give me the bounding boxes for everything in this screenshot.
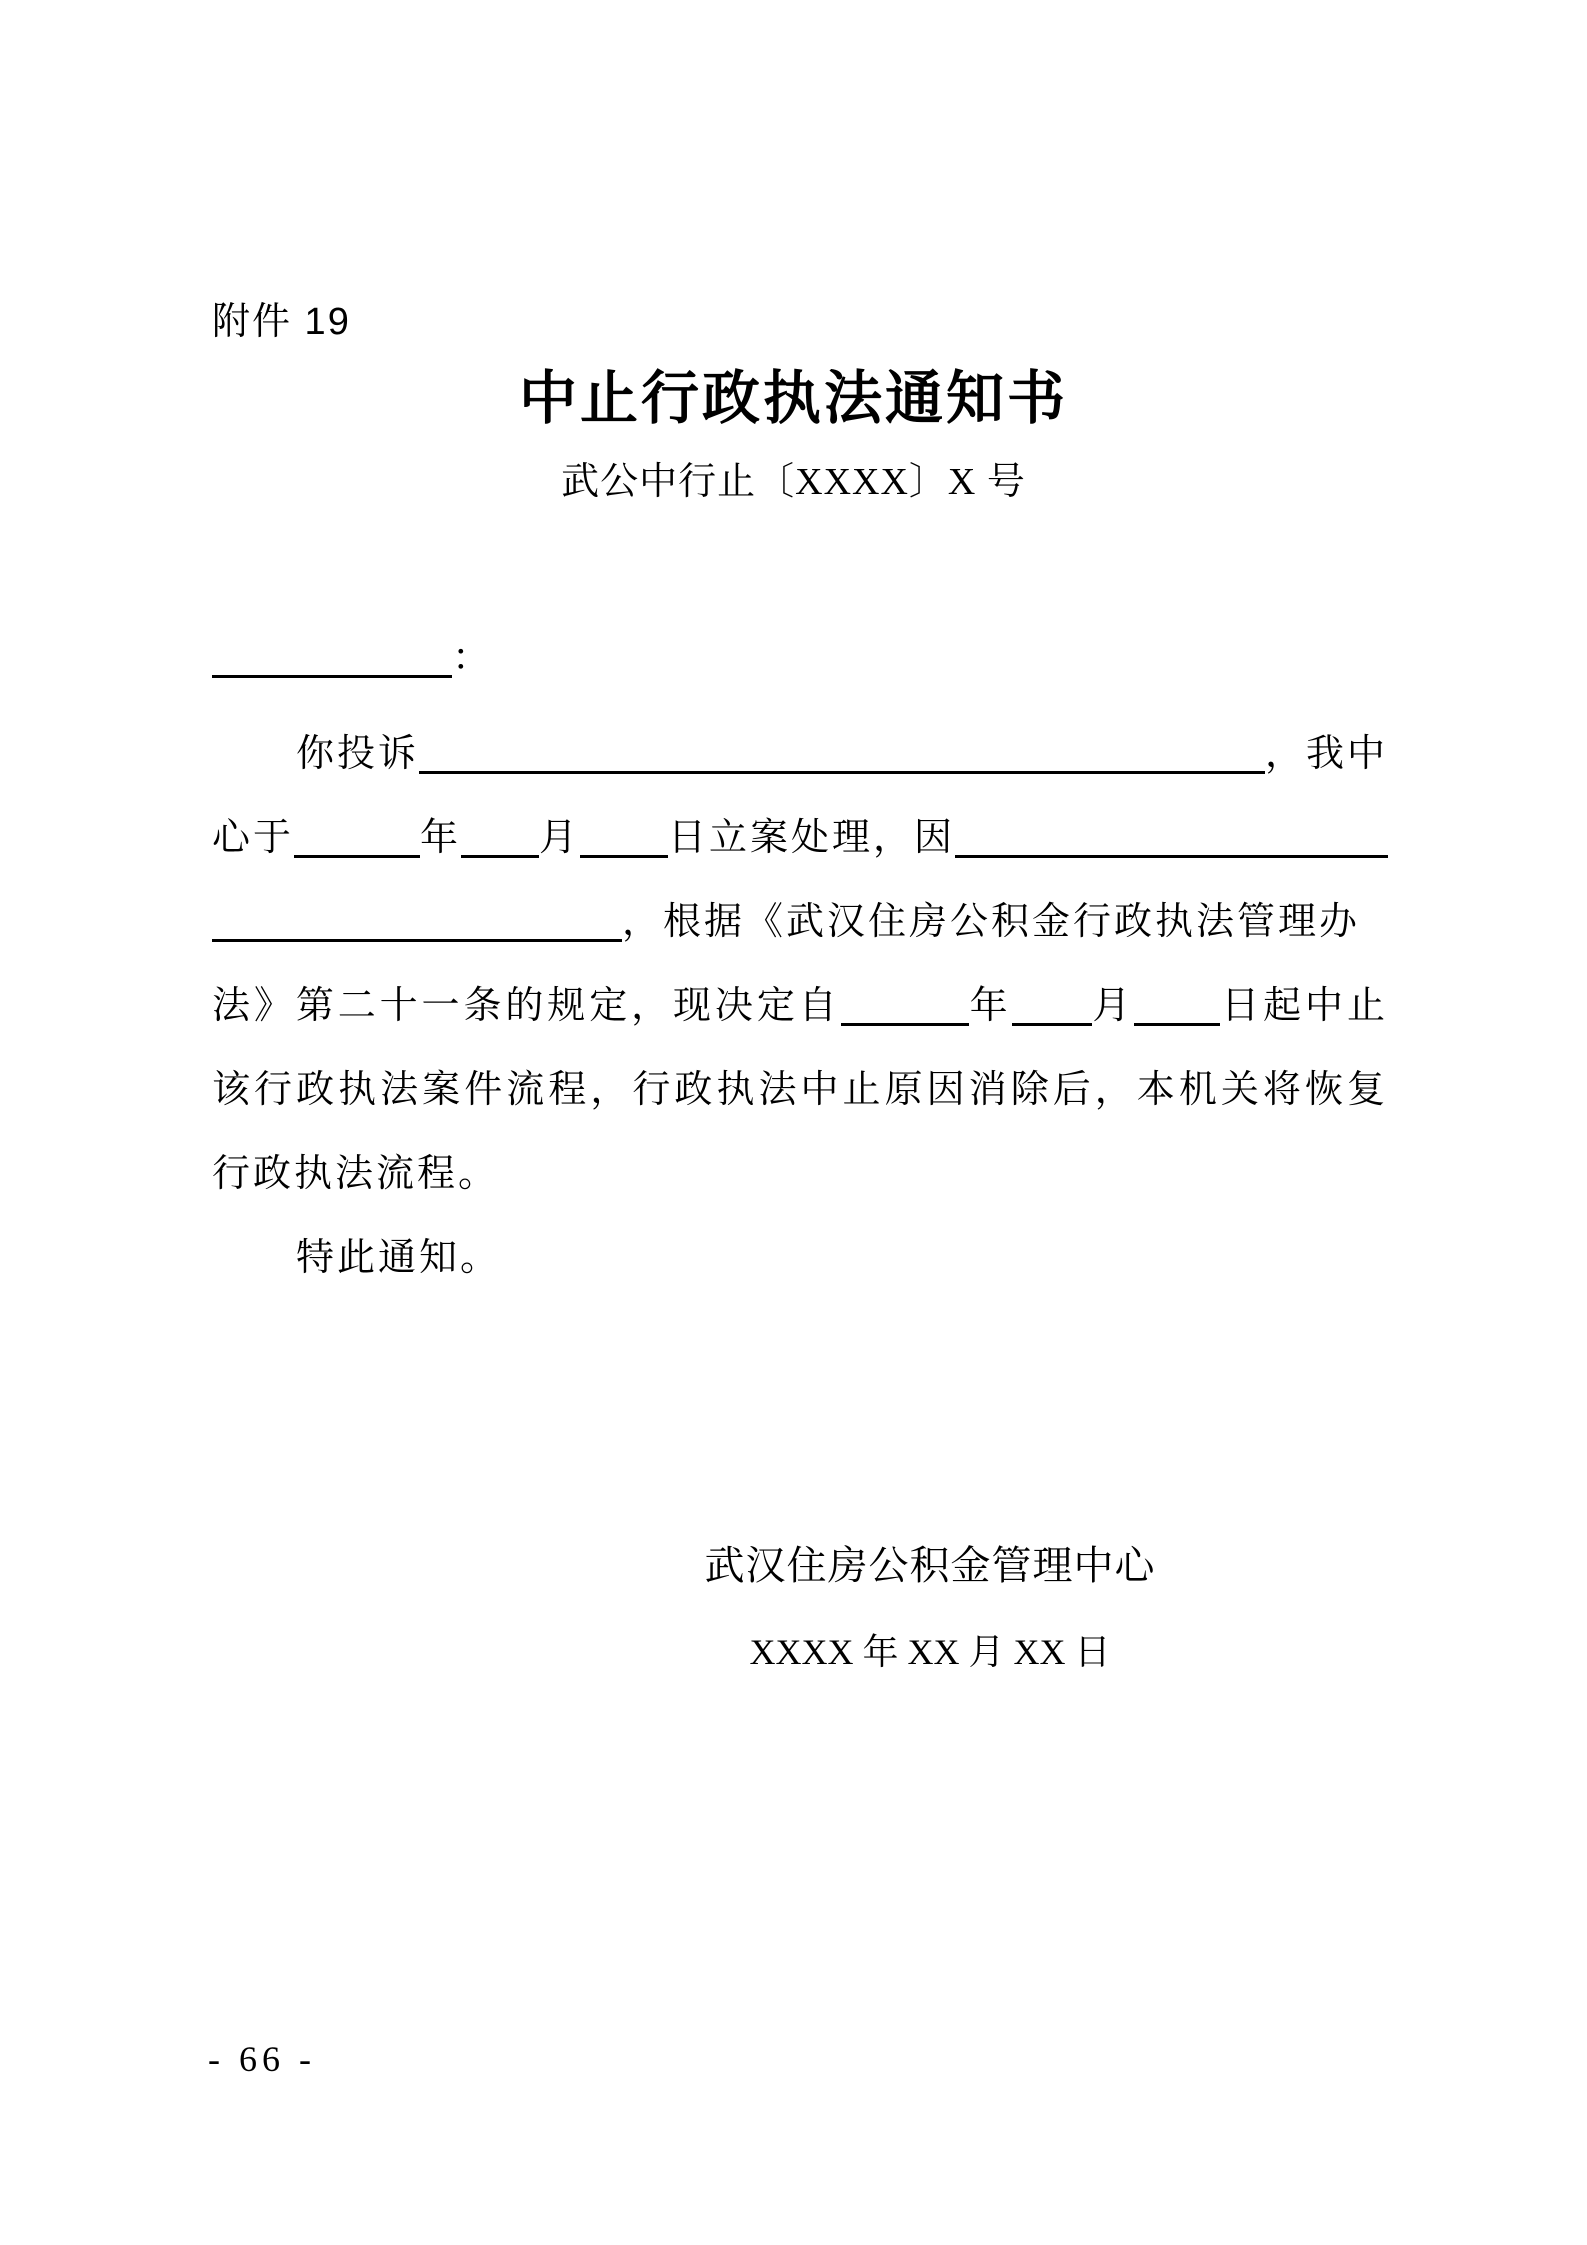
line4-text-1: 法》第二十一条的规定，现决定自 xyxy=(212,985,841,1027)
paragraph-line-4: 法》第二十一条的规定，现决定自年月日起中止 xyxy=(212,964,1388,1048)
filing-month-blank xyxy=(461,815,539,858)
paragraph-line-1: 你投诉 ，我中 xyxy=(212,712,1388,796)
line2-year-label: 年 xyxy=(420,796,461,880)
document-page: 附件 19 中止行政执法通知书 武公中行止〔XXXX〕X 号 ： 你投诉 ，我中… xyxy=(0,0,1587,2245)
signature-organization: 武汉住房公积金管理中心 xyxy=(560,1540,1300,1592)
paragraph-line-6: 行政执法流程。 xyxy=(212,1132,1388,1216)
salutation-line: ： xyxy=(212,616,1388,700)
line2-text-1: 心于 xyxy=(212,796,294,880)
recipient-blank xyxy=(212,635,452,678)
filing-year-blank xyxy=(294,815,420,858)
line4-month-label: 月 xyxy=(1092,985,1135,1027)
line4-year-label: 年 xyxy=(969,985,1012,1027)
paragraph-line-5: 该行政执法案件流程，行政执法中止原因消除后，本机关将恢复 xyxy=(212,1048,1388,1132)
complaint-content-blank xyxy=(419,731,1265,774)
attachment-label: 附件 19 xyxy=(212,300,351,344)
closing-note: 特此通知。 xyxy=(212,1216,1388,1300)
body-paragraph: 你投诉 ，我中 心于 年 月 日立案处理，因 ，根据《武汉住房公积金行政执法管理… xyxy=(212,712,1388,1300)
line2-text-2: 日立案处理，因 xyxy=(668,796,955,880)
suspend-month-blank xyxy=(1012,983,1092,1026)
line1-text-post: ，我中 xyxy=(1265,712,1388,796)
document-number: 武公中行止〔XXXX〕X 号 xyxy=(0,459,1587,505)
page-number: - 66 - xyxy=(208,2038,316,2080)
reason-blank-1 xyxy=(955,815,1388,858)
signature-date: XXXX 年 XX 月 XX 日 xyxy=(560,1628,1300,1676)
line1-text-pre: 你投诉 xyxy=(212,712,419,796)
paragraph-line-3: ，根据《武汉住房公积金行政执法管理办 xyxy=(212,880,1388,964)
salutation-colon: ： xyxy=(452,616,490,700)
line3-text: ，根据《武汉住房公积金行政执法管理办 xyxy=(622,880,1360,964)
suspend-year-blank xyxy=(841,983,969,1026)
line4-text-2: 日起中止 xyxy=(1220,985,1388,1027)
suspend-day-blank xyxy=(1134,983,1220,1026)
filing-day-blank xyxy=(580,815,668,858)
paragraph-line-2: 心于 年 月 日立案处理，因 xyxy=(212,796,1388,880)
document-title: 中止行政执法通知书 xyxy=(0,366,1587,432)
line2-month-label: 月 xyxy=(539,796,580,880)
reason-blank-2 xyxy=(212,899,622,942)
